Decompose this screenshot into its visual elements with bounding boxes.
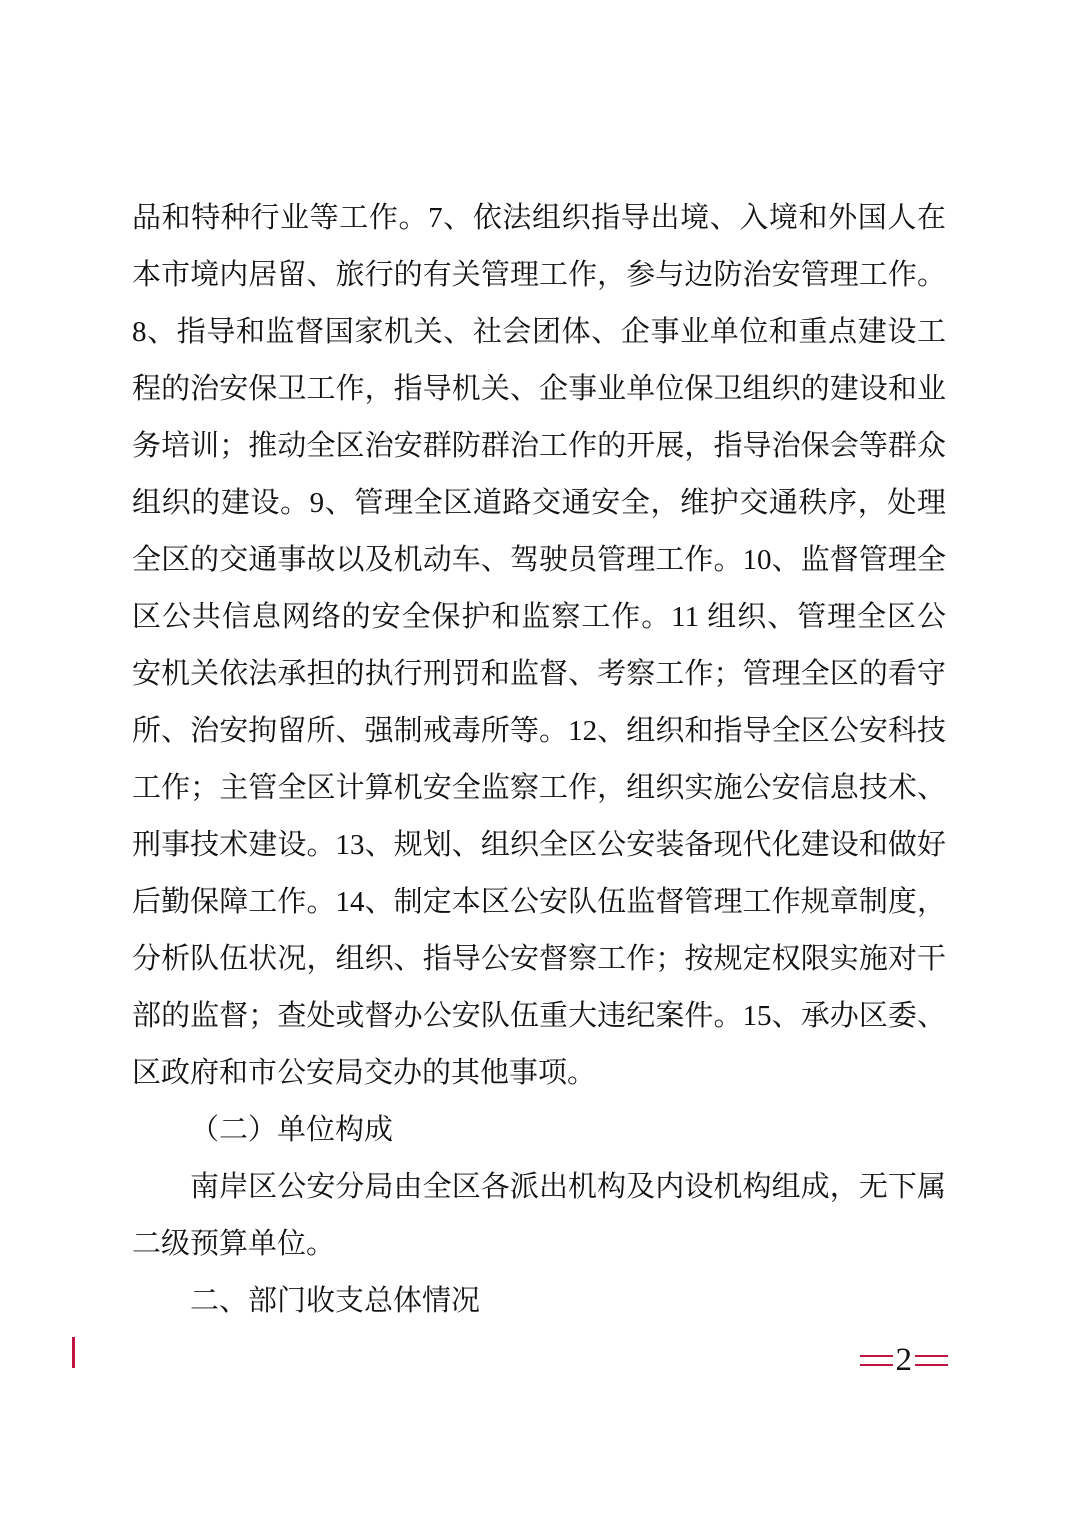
text-line: 后勤保障工作。14、制定本区公安队伍监督管理工作规章制度，: [132, 874, 946, 931]
document-page: 品和特种行业等工作。7、依法组织指导出境、入境和外国人在本市境内居留、旅行的有关…: [0, 0, 1074, 1520]
text-line: 全区的交通事故以及机动车、驾驶员管理工作。10、监督管理全: [132, 532, 946, 589]
text-line: 二级预算单位。: [132, 1216, 946, 1273]
text-line: 二、部门收支总体情况: [132, 1273, 946, 1330]
page-number-dash-right-icon: [915, 1355, 948, 1366]
text-line: 品和特种行业等工作。7、依法组织指导出境、入境和外国人在: [132, 190, 946, 247]
text-line: 部的监督；查处或督办公安队伍重大违纪案件。15、承办区委、: [132, 988, 946, 1045]
text-line: 南岸区公安分局由全区各派出机构及内设机构组成，无下属: [132, 1159, 946, 1216]
text-line: 区政府和市公安局交办的其他事项。: [132, 1045, 946, 1102]
text-line: 组织的建设。9、管理全区道路交通安全，维护交通秩序，处理: [132, 475, 946, 532]
text-line: （二）单位构成: [132, 1102, 946, 1159]
text-line: 区公共信息网络的安全保护和监察工作。11 组织、管理全区公: [132, 589, 946, 646]
text-line: 刑事技术建设。13、规划、组织全区公安装备现代化建设和做好: [132, 817, 946, 874]
page-number: 2: [860, 1344, 949, 1377]
page-number-dash-left-icon: [860, 1355, 893, 1366]
page-number-value: 2: [896, 1344, 913, 1377]
text-line: 务培训；推动全区治安群防群治工作的开展，指导治保会等群众: [132, 418, 946, 475]
document-body: 品和特种行业等工作。7、依法组织指导出境、入境和外国人在本市境内居留、旅行的有关…: [132, 190, 946, 1330]
text-line: 分析队伍状况，组织、指导公安督察工作；按规定权限实施对干: [132, 931, 946, 988]
text-line: 8、指导和监督国家机关、社会团体、企事业单位和重点建设工: [132, 304, 946, 361]
text-line: 所、治安拘留所、强制戒毒所等。12、组织和指导全区公安科技: [132, 703, 946, 760]
text-line: 安机关依法承担的执行刑罚和监督、考察工作；管理全区的看守: [132, 646, 946, 703]
text-line: 本市境内居留、旅行的有关管理工作，参与边防治安管理工作。: [132, 247, 946, 304]
revision-margin-mark: [72, 1337, 75, 1368]
text-line: 工作；主管全区计算机安全监察工作，组织实施公安信息技术、: [132, 760, 946, 817]
text-line: 程的治安保卫工作，指导机关、企事业单位保卫组织的建设和业: [132, 361, 946, 418]
